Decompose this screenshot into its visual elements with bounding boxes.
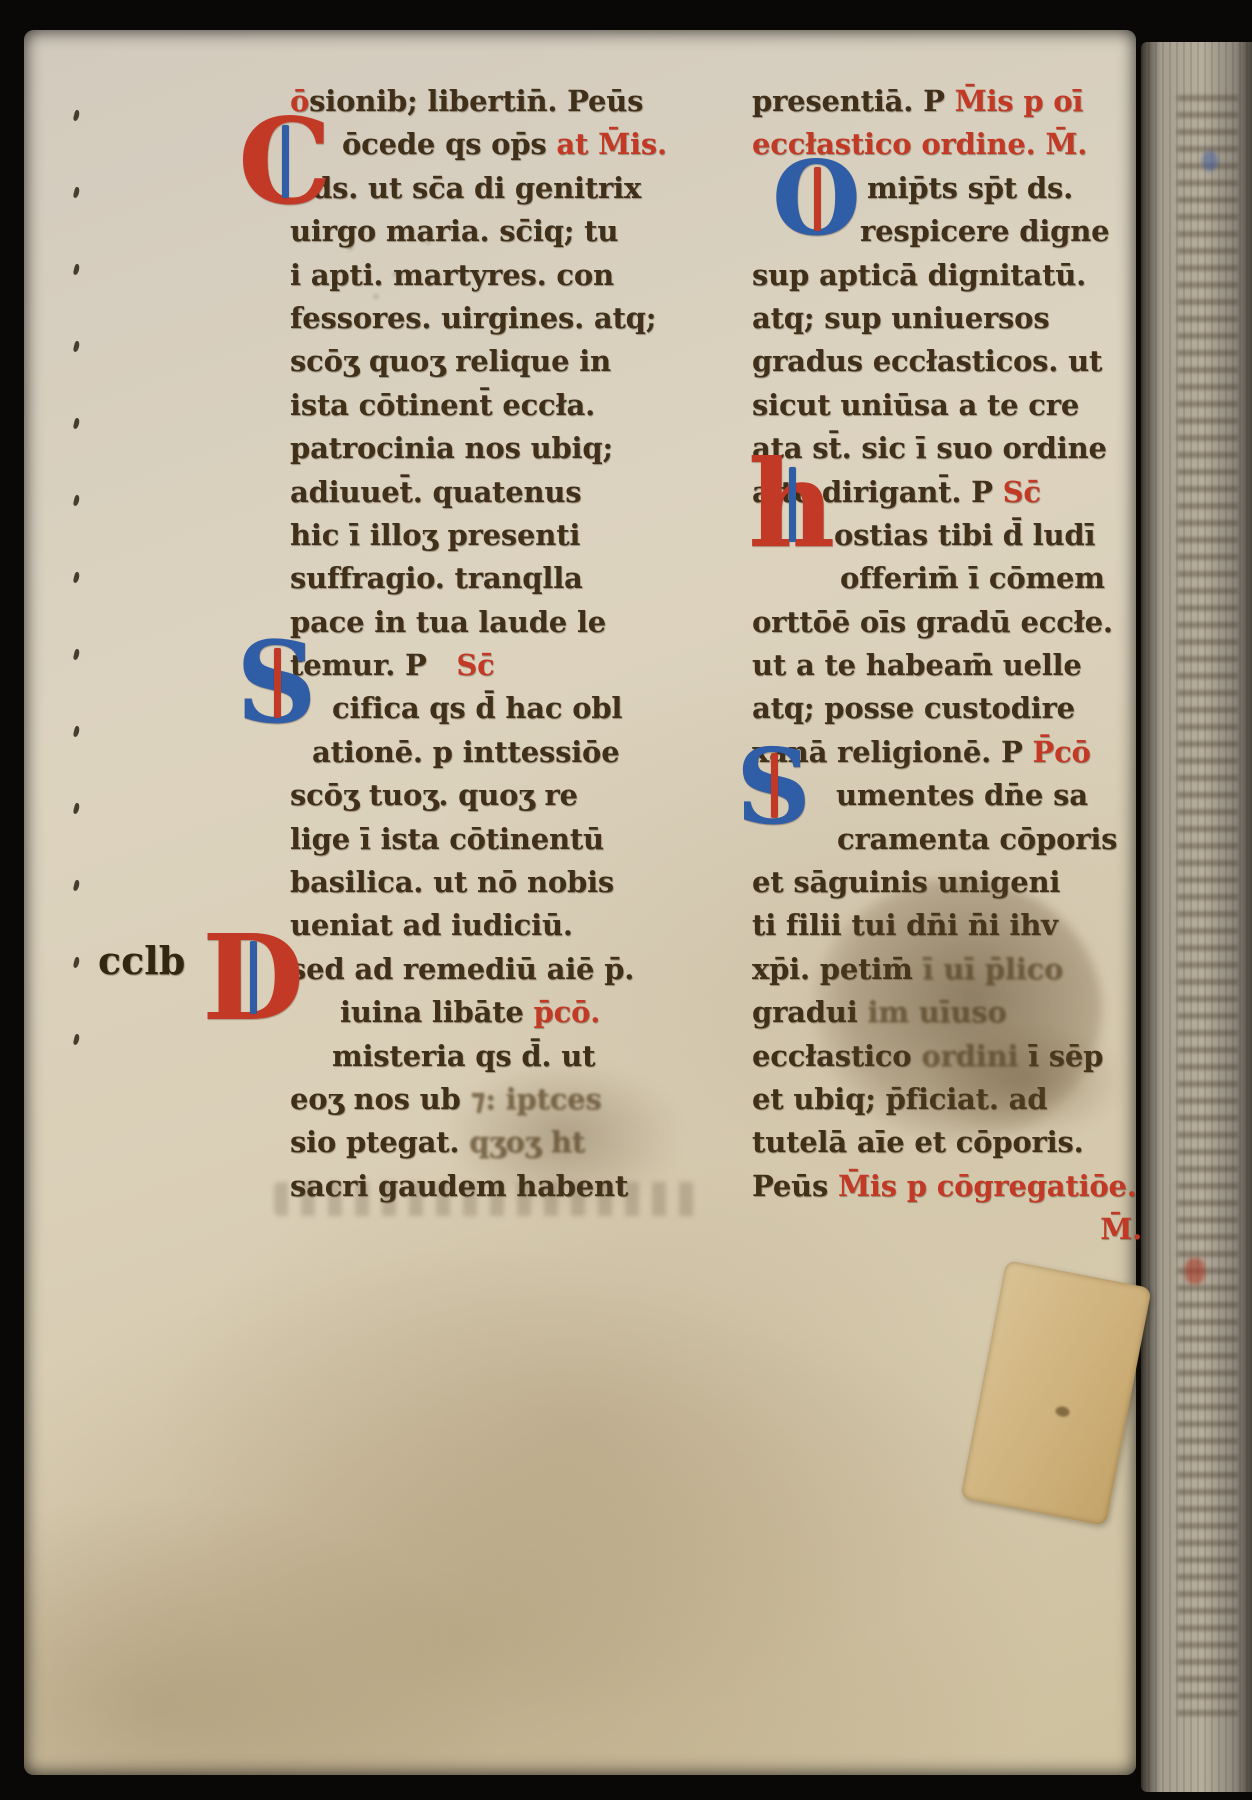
text-line: sicut uniūsa a te cre bbox=[752, 384, 1142, 427]
body-text: gradus eccłasticos. ut bbox=[752, 344, 1102, 378]
text-line: et ubiq; p̄ficiat. ad bbox=[752, 1078, 1142, 1121]
bleedthrough-text bbox=[1177, 95, 1238, 1723]
smudged-text: ordini bbox=[921, 1039, 1018, 1073]
body-text: i apti. martyres. con bbox=[290, 258, 614, 292]
text-line: sacri gaudem habent bbox=[290, 1165, 662, 1208]
text-line: misteria qs d̄. ut bbox=[290, 1035, 662, 1078]
body-text: sicut uniūsa a te cre bbox=[752, 388, 1079, 422]
body-text: ostias tibi d̄ ludī bbox=[834, 518, 1095, 552]
body-text: hic ī illoʒ presenti bbox=[290, 518, 580, 552]
prick-mark bbox=[73, 495, 81, 507]
text-line: cifica qs d̄ hac obl bbox=[290, 687, 662, 730]
prick-mark bbox=[73, 803, 81, 815]
smudged-text: qʒoʒ ht bbox=[469, 1125, 585, 1159]
body-text: pace in tua laude le bbox=[290, 605, 606, 639]
text-line: pace in tua laude le bbox=[290, 601, 662, 644]
rubric-text: M̄. bbox=[1100, 1212, 1142, 1246]
prick-mark bbox=[73, 110, 81, 122]
smudged-text: im uīuso bbox=[867, 995, 1006, 1029]
illuminated-initial-O: O bbox=[772, 158, 861, 242]
body-text: ueniat ad iudiciū. bbox=[290, 908, 573, 942]
text-line: presentiā. P M̄is p oī bbox=[752, 80, 1142, 123]
text-line: ōsionib; libertin̄. Peūs bbox=[290, 80, 662, 123]
text-line: adiuuet̄. quatenus bbox=[290, 471, 662, 514]
prick-mark bbox=[73, 341, 81, 353]
body-text: Peūs bbox=[752, 1169, 838, 1203]
text-line: tutelā aīe et cōporis. bbox=[752, 1121, 1142, 1164]
text-line: sed ad remediū aiē p̄. bbox=[290, 948, 662, 991]
body-text: offerim̄ ī cōmem bbox=[840, 561, 1105, 595]
parchment-page: cclb ōsionib; libertin̄. Peūsōcede qs op… bbox=[24, 30, 1136, 1775]
text-line: iuina libāte p̄cō. bbox=[290, 991, 662, 1034]
text-line: ōcede qs op̄s at M̄is. bbox=[290, 123, 662, 166]
smudged-text: ⁊: iptces bbox=[470, 1082, 601, 1116]
book-fore-edge bbox=[1141, 42, 1252, 1792]
prick-mark bbox=[73, 264, 81, 276]
rubric-text: P̄cō bbox=[1032, 735, 1090, 769]
text-line: fessores. uirgines. atq; bbox=[290, 297, 662, 340]
fore-edge-blue-mark bbox=[1202, 151, 1218, 171]
body-text: uirgo maria. sc̄iq; tu bbox=[290, 214, 618, 248]
body-text: et ubiq; p̄ficiat. ad bbox=[752, 1082, 1047, 1116]
prick-mark bbox=[73, 649, 81, 661]
body-text: basilica. ut nō nobis bbox=[290, 865, 614, 899]
text-line: sup apticā dignitatū. bbox=[752, 254, 1142, 297]
body-text: eoʒ nos ub bbox=[290, 1082, 470, 1116]
rubric-text: M̄is p oī bbox=[955, 84, 1084, 118]
body-text: sed ad remediū aiē p̄. bbox=[290, 952, 634, 986]
body-text: iuina libāte bbox=[340, 995, 534, 1029]
body-text: cifica qs d̄ hac obl bbox=[332, 691, 622, 725]
fore-edge-red-mark bbox=[1185, 1258, 1205, 1284]
body-text: xp̄i. petim̄ bbox=[752, 952, 923, 986]
parchment-repair-patch bbox=[960, 1260, 1151, 1526]
body-text: scōʒ tuoʒ. quoʒ re bbox=[290, 778, 578, 812]
text-line: ti filii tui dn̄i n̄i ihv bbox=[752, 904, 1142, 947]
body-text: scōʒ quoʒ relique in bbox=[290, 344, 611, 378]
text-line: temur. P Sc̄ bbox=[290, 644, 662, 687]
body-text: presentiā. P bbox=[752, 84, 955, 118]
text-line: basilica. ut nō nobis bbox=[290, 861, 662, 904]
body-text: sup apticā dignitatū. bbox=[752, 258, 1086, 292]
text-line: uirgo maria. sc̄iq; tu bbox=[290, 210, 662, 253]
body-text: patrocinia nos ubiq; bbox=[290, 431, 613, 465]
body-text: ut a te habeam̄ uelle bbox=[752, 648, 1082, 682]
text-line: sio ptegat. qʒoʒ ht bbox=[290, 1121, 662, 1164]
body-text: orttōē oīs gradū eccłe. bbox=[752, 605, 1113, 639]
rubric-text: p̄cō. bbox=[534, 995, 601, 1029]
body-text: ationē. p inttessiōe bbox=[312, 735, 619, 769]
text-line: orttōē oīs gradū eccłe. bbox=[752, 601, 1142, 644]
text-line: eccłastico ordini ī sēp bbox=[752, 1035, 1142, 1078]
body-text: misteria qs d̄. ut bbox=[332, 1039, 595, 1073]
text-line: hic ī illoʒ presenti bbox=[290, 514, 662, 557]
prick-mark bbox=[73, 726, 81, 738]
body-text: ti filii tui dn̄i n̄i ihv bbox=[752, 908, 1058, 942]
prick-mark bbox=[73, 1034, 81, 1046]
illuminated-initial-S: S bbox=[236, 638, 317, 730]
text-line: ista cōtinent̄ eccła. bbox=[290, 384, 662, 427]
smudged-text: ī uī p̄lico bbox=[923, 952, 1064, 986]
text-line: i apti. martyres. con bbox=[290, 254, 662, 297]
text-line: patrocinia nos ubiq; bbox=[290, 427, 662, 470]
text-line: ds. ut sc̄a di genitrix bbox=[290, 167, 662, 210]
rubric-text: M̄is p cōgregatiōe. bbox=[838, 1169, 1137, 1203]
body-text: et sāguinis unigeni bbox=[752, 865, 1060, 899]
text-line: suffragio. tranqlla bbox=[290, 557, 662, 600]
prick-mark bbox=[73, 880, 81, 892]
text-line: ueniat ad iudiciū. bbox=[290, 904, 662, 947]
rubric-text: Sc̄ bbox=[1003, 475, 1041, 509]
folio-mark: cclb bbox=[98, 938, 185, 983]
body-text: mip̄ts sp̄t ds. bbox=[867, 171, 1073, 205]
body-text: eccłastico bbox=[752, 1039, 921, 1073]
body-text: ds. ut sc̄a di genitrix bbox=[312, 171, 641, 205]
illuminated-initial-S: S bbox=[736, 744, 811, 829]
body-text: atq; posse custodire bbox=[752, 691, 1075, 725]
body-text: suffragio. tranqlla bbox=[290, 561, 583, 595]
text-line: et sāguinis unigeni bbox=[752, 861, 1142, 904]
rubric-text: Sc̄ bbox=[456, 648, 494, 682]
text-line: M̄. bbox=[752, 1208, 1142, 1251]
text-column-left: ōsionib; libertin̄. Peūsōcede qs op̄s at… bbox=[290, 80, 662, 1208]
rubric-text: at M̄is. bbox=[547, 127, 667, 161]
text-line: gradui im uīuso bbox=[752, 991, 1142, 1034]
illuminated-initial-D: D bbox=[202, 930, 304, 1027]
body-text: cramenta cōporis bbox=[837, 822, 1117, 856]
text-line: ationē. p inttessiōe bbox=[290, 731, 662, 774]
prick-mark bbox=[73, 187, 81, 199]
text-line: lige ī ista cōtinentū bbox=[290, 818, 662, 861]
body-text: umentes dn̄e sa bbox=[836, 778, 1088, 812]
illuminated-initial-h: h bbox=[748, 456, 835, 554]
text-line: xp̄i. petim̄ ī uī p̄lico bbox=[752, 948, 1142, 991]
prick-mark bbox=[73, 418, 81, 430]
body-text: respicere digne bbox=[860, 214, 1109, 248]
body-text: sacri gaudem habent bbox=[290, 1169, 628, 1203]
stain bbox=[1055, 1405, 1071, 1417]
body-text: atq; sup uniuersos bbox=[752, 301, 1049, 335]
body-text: sionib; libertin̄. Peūs bbox=[309, 84, 643, 118]
body-text: ī sēp bbox=[1018, 1039, 1103, 1073]
text-line: gradus eccłasticos. ut bbox=[752, 340, 1142, 383]
text-line: Peūs M̄is p cōgregatiōe. bbox=[752, 1165, 1142, 1208]
illuminated-initial-C: C bbox=[238, 114, 332, 211]
body-text: ista cōtinent̄ eccła. bbox=[290, 388, 595, 422]
manuscript-photo: cclb ōsionib; libertin̄. Peūsōcede qs op… bbox=[0, 0, 1252, 1800]
text-line: ut a te habeam̄ uelle bbox=[752, 644, 1142, 687]
text-line: atq; sup uniuersos bbox=[752, 297, 1142, 340]
body-text: fessores. uirgines. atq; bbox=[290, 301, 656, 335]
body-text: sio ptegat. bbox=[290, 1125, 469, 1159]
body-text: adiuuet̄. quatenus bbox=[290, 475, 581, 509]
body-text: lige ī ista cōtinentū bbox=[290, 822, 604, 856]
text-line: scōʒ tuoʒ. quoʒ re bbox=[290, 774, 662, 817]
body-text: gradui bbox=[752, 995, 867, 1029]
body-text: ōcede qs op̄s bbox=[342, 127, 547, 161]
prick-mark bbox=[73, 572, 81, 584]
text-line: scōʒ quoʒ relique in bbox=[290, 340, 662, 383]
body-text: tutelā aīe et cōporis. bbox=[752, 1125, 1083, 1159]
text-line: eoʒ nos ub ⁊: iptces bbox=[290, 1078, 662, 1121]
prick-mark bbox=[73, 957, 81, 969]
